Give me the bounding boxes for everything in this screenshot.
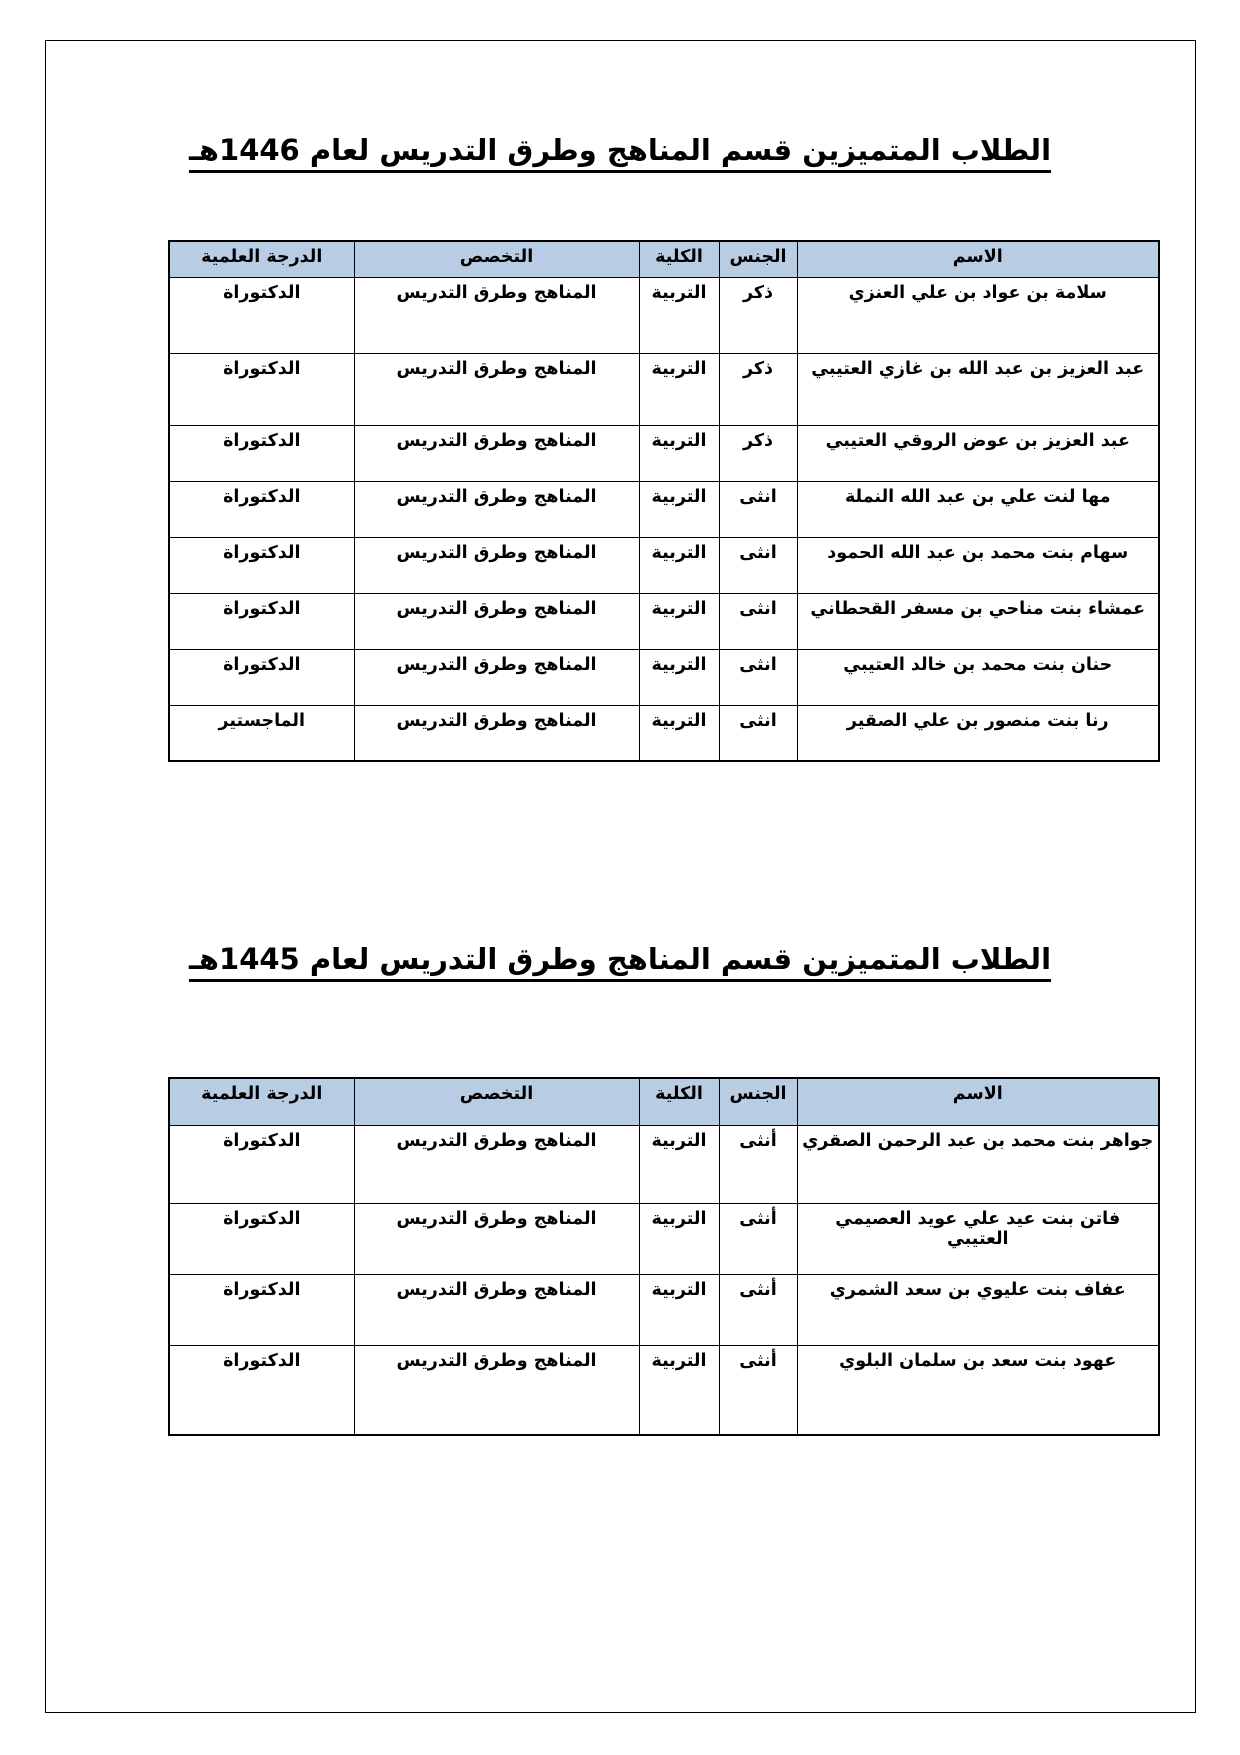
table-row: فاتن بنت عيد علي عويد العصيمي العتيبيأنث… (169, 1203, 1159, 1274)
cell-college: التربية (639, 705, 719, 761)
cell-gender: انثى (719, 593, 797, 649)
cell-major: المناهج وطرق التدريس (354, 353, 639, 425)
cell-name: سهام بنت محمد بن عبد الله الحمود (797, 537, 1159, 593)
cell-major: المناهج وطرق التدريس (354, 1274, 639, 1345)
cell-college: التربية (639, 425, 719, 481)
cell-gender: انثى (719, 649, 797, 705)
column-header: التخصص (354, 241, 639, 277)
table-header-row: الاسمالجنسالكليةالتخصصالدرجة العلمية (169, 1078, 1159, 1125)
cell-name: عفاف بنت عليوي بن سعد الشمري (797, 1274, 1159, 1345)
cell-college: التربية (639, 1345, 719, 1435)
cell-major: المناهج وطرق التدريس (354, 705, 639, 761)
cell-major: المناهج وطرق التدريس (354, 1345, 639, 1435)
table-row: عمشاء بنت مناحي بن مسفر القحطانيانثىالتر… (169, 593, 1159, 649)
cell-major: المناهج وطرق التدريس (354, 593, 639, 649)
cell-name: سلامة بن عواد بن علي العنزي (797, 277, 1159, 353)
cell-degree: الدكتوراة (169, 277, 354, 353)
cell-degree: الدكتوراة (169, 425, 354, 481)
cell-degree: الدكتوراة (169, 353, 354, 425)
section-title-1445-text: الطلاب المتميزين قسم المناهج وطرق التدري… (189, 942, 1051, 982)
cell-major: المناهج وطرق التدريس (354, 481, 639, 537)
cell-degree: الدكتوراة (169, 1125, 354, 1203)
cell-college: التربية (639, 593, 719, 649)
cell-name: جواهر بنت محمد بن عبد الرحمن الصقري (797, 1125, 1159, 1203)
cell-gender: انثى (719, 705, 797, 761)
cell-gender: أنثى (719, 1203, 797, 1274)
column-header: الاسم (797, 1078, 1159, 1125)
cell-college: التربية (639, 353, 719, 425)
table-row: عبد العزيز بن عوض الروقي العتيبيذكرالترب… (169, 425, 1159, 481)
section-title-1446-text: الطلاب المتميزين قسم المناهج وطرق التدري… (189, 133, 1051, 173)
cell-name: عمشاء بنت مناحي بن مسفر القحطاني (797, 593, 1159, 649)
cell-major: المناهج وطرق التدريس (354, 277, 639, 353)
cell-major: المناهج وطرق التدريس (354, 1203, 639, 1274)
column-header: الدرجة العلمية (169, 241, 354, 277)
cell-degree: الدكتوراة (169, 593, 354, 649)
cell-college: التربية (639, 537, 719, 593)
column-header: الكلية (639, 1078, 719, 1125)
cell-gender: أنثى (719, 1274, 797, 1345)
table-row: عهود بنت سعد بن سلمان البلويأنثىالتربيةا… (169, 1345, 1159, 1435)
cell-degree: الدكتوراة (169, 1203, 354, 1274)
cell-college: التربية (639, 1125, 719, 1203)
column-header: الاسم (797, 241, 1159, 277)
cell-college: التربية (639, 277, 719, 353)
cell-major: المناهج وطرق التدريس (354, 537, 639, 593)
cell-degree: الماجستير (169, 705, 354, 761)
students-table-1445: الاسمالجنسالكليةالتخصصالدرجة العلمية جوا… (168, 1077, 1160, 1436)
cell-name: رنا بنت منصور بن علي الصقير (797, 705, 1159, 761)
cell-gender: انثى (719, 537, 797, 593)
cell-gender: ذكر (719, 277, 797, 353)
cell-college: التربية (639, 481, 719, 537)
cell-gender: انثى (719, 481, 797, 537)
cell-gender: ذكر (719, 353, 797, 425)
cell-degree: الدكتوراة (169, 1345, 354, 1435)
section-title-1445: الطلاب المتميزين قسم المناهج وطرق التدري… (0, 762, 1240, 982)
table-header-row: الاسمالجنسالكليةالتخصصالدرجة العلمية (169, 241, 1159, 277)
cell-degree: الدكتوراة (169, 1274, 354, 1345)
cell-name: عبد العزيز بن عبد الله بن غازي العتيبي (797, 353, 1159, 425)
table-row: سهام بنت محمد بن عبد الله الحمودانثىالتر… (169, 537, 1159, 593)
cell-major: المناهج وطرق التدريس (354, 1125, 639, 1203)
column-header: الدرجة العلمية (169, 1078, 354, 1125)
cell-gender: أنثى (719, 1345, 797, 1435)
cell-name: حنان بنت محمد بن خالد العتيبي (797, 649, 1159, 705)
cell-name: مها لنت علي بن عبد الله النملة (797, 481, 1159, 537)
table-row: جواهر بنت محمد بن عبد الرحمن الصقريأنثىا… (169, 1125, 1159, 1203)
column-header: الجنس (719, 1078, 797, 1125)
cell-degree: الدكتوراة (169, 649, 354, 705)
cell-college: التربية (639, 649, 719, 705)
cell-degree: الدكتوراة (169, 481, 354, 537)
section-title-1446: الطلاب المتميزين قسم المناهج وطرق التدري… (0, 0, 1240, 173)
table-row: رنا بنت منصور بن علي الصقيرانثىالتربيةال… (169, 705, 1159, 761)
column-header: الكلية (639, 241, 719, 277)
cell-major: المناهج وطرق التدريس (354, 425, 639, 481)
cell-major: المناهج وطرق التدريس (354, 649, 639, 705)
cell-name: عبد العزيز بن عوض الروقي العتيبي (797, 425, 1159, 481)
cell-gender: أنثى (719, 1125, 797, 1203)
table-row: مها لنت علي بن عبد الله النملةانثىالتربي… (169, 481, 1159, 537)
cell-degree: الدكتوراة (169, 537, 354, 593)
table-row: حنان بنت محمد بن خالد العتيبيانثىالتربية… (169, 649, 1159, 705)
cell-gender: ذكر (719, 425, 797, 481)
table-row: سلامة بن عواد بن علي العنزيذكرالتربيةالم… (169, 277, 1159, 353)
table-row: عبد العزيز بن عبد الله بن غازي العتيبيذك… (169, 353, 1159, 425)
table-row: عفاف بنت عليوي بن سعد الشمريأنثىالتربيةا… (169, 1274, 1159, 1345)
cell-college: التربية (639, 1203, 719, 1274)
cell-name: عهود بنت سعد بن سلمان البلوي (797, 1345, 1159, 1435)
cell-college: التربية (639, 1274, 719, 1345)
column-header: الجنس (719, 241, 797, 277)
column-header: التخصص (354, 1078, 639, 1125)
cell-name: فاتن بنت عيد علي عويد العصيمي العتيبي (797, 1203, 1159, 1274)
students-table-1446: الاسمالجنسالكليةالتخصصالدرجة العلمية سلا… (168, 240, 1160, 762)
